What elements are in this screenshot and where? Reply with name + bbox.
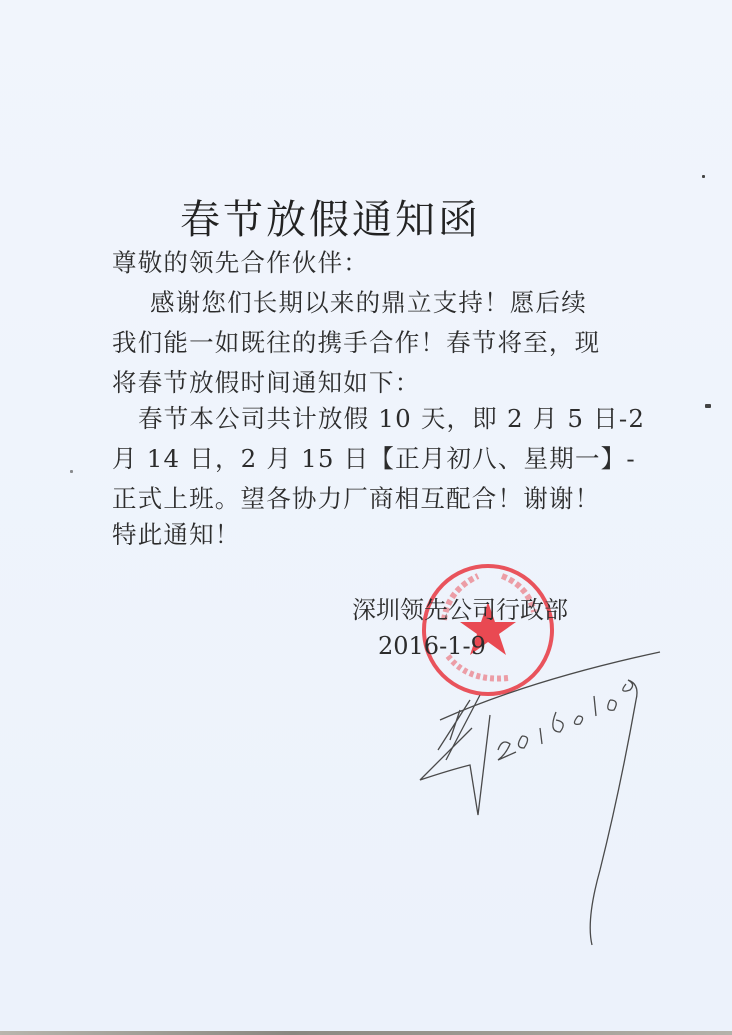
body-line-6: 正式上班。望各协力厂商相互配合！谢谢！ xyxy=(112,480,600,515)
body-line-3: 将春节放假时间通知如下： xyxy=(112,364,420,399)
salutation: 尊敬的领先合作伙伴： xyxy=(112,244,369,279)
body-line-4: 春节本公司共计放假 10 天，即 2 月 5 日-2 xyxy=(138,400,645,435)
scan-speck xyxy=(705,404,711,408)
signature-department: 深圳领先公司行政部 xyxy=(352,590,568,625)
body-line-2: 我们能一如既往的携手合作！春节将至，现 xyxy=(112,324,600,359)
scan-speck xyxy=(702,175,705,178)
handwritten-signature xyxy=(410,640,670,960)
body-line-7: 特此通知！ xyxy=(112,516,241,551)
body-line-1: 感谢您们长期以来的鼎立支持！愿后续 xyxy=(150,284,587,319)
body-line-5: 月 14 日，2 月 15 日【正月初八、星期一】- xyxy=(112,440,636,475)
scan-bottom-edge xyxy=(0,1031,732,1035)
document-title: 春节放假通知函 xyxy=(180,188,481,245)
document-page: 春节放假通知函 尊敬的领先合作伙伴： 感谢您们长期以来的鼎立支持！愿后续 我们能… xyxy=(0,0,732,1035)
scan-speck xyxy=(70,470,73,473)
